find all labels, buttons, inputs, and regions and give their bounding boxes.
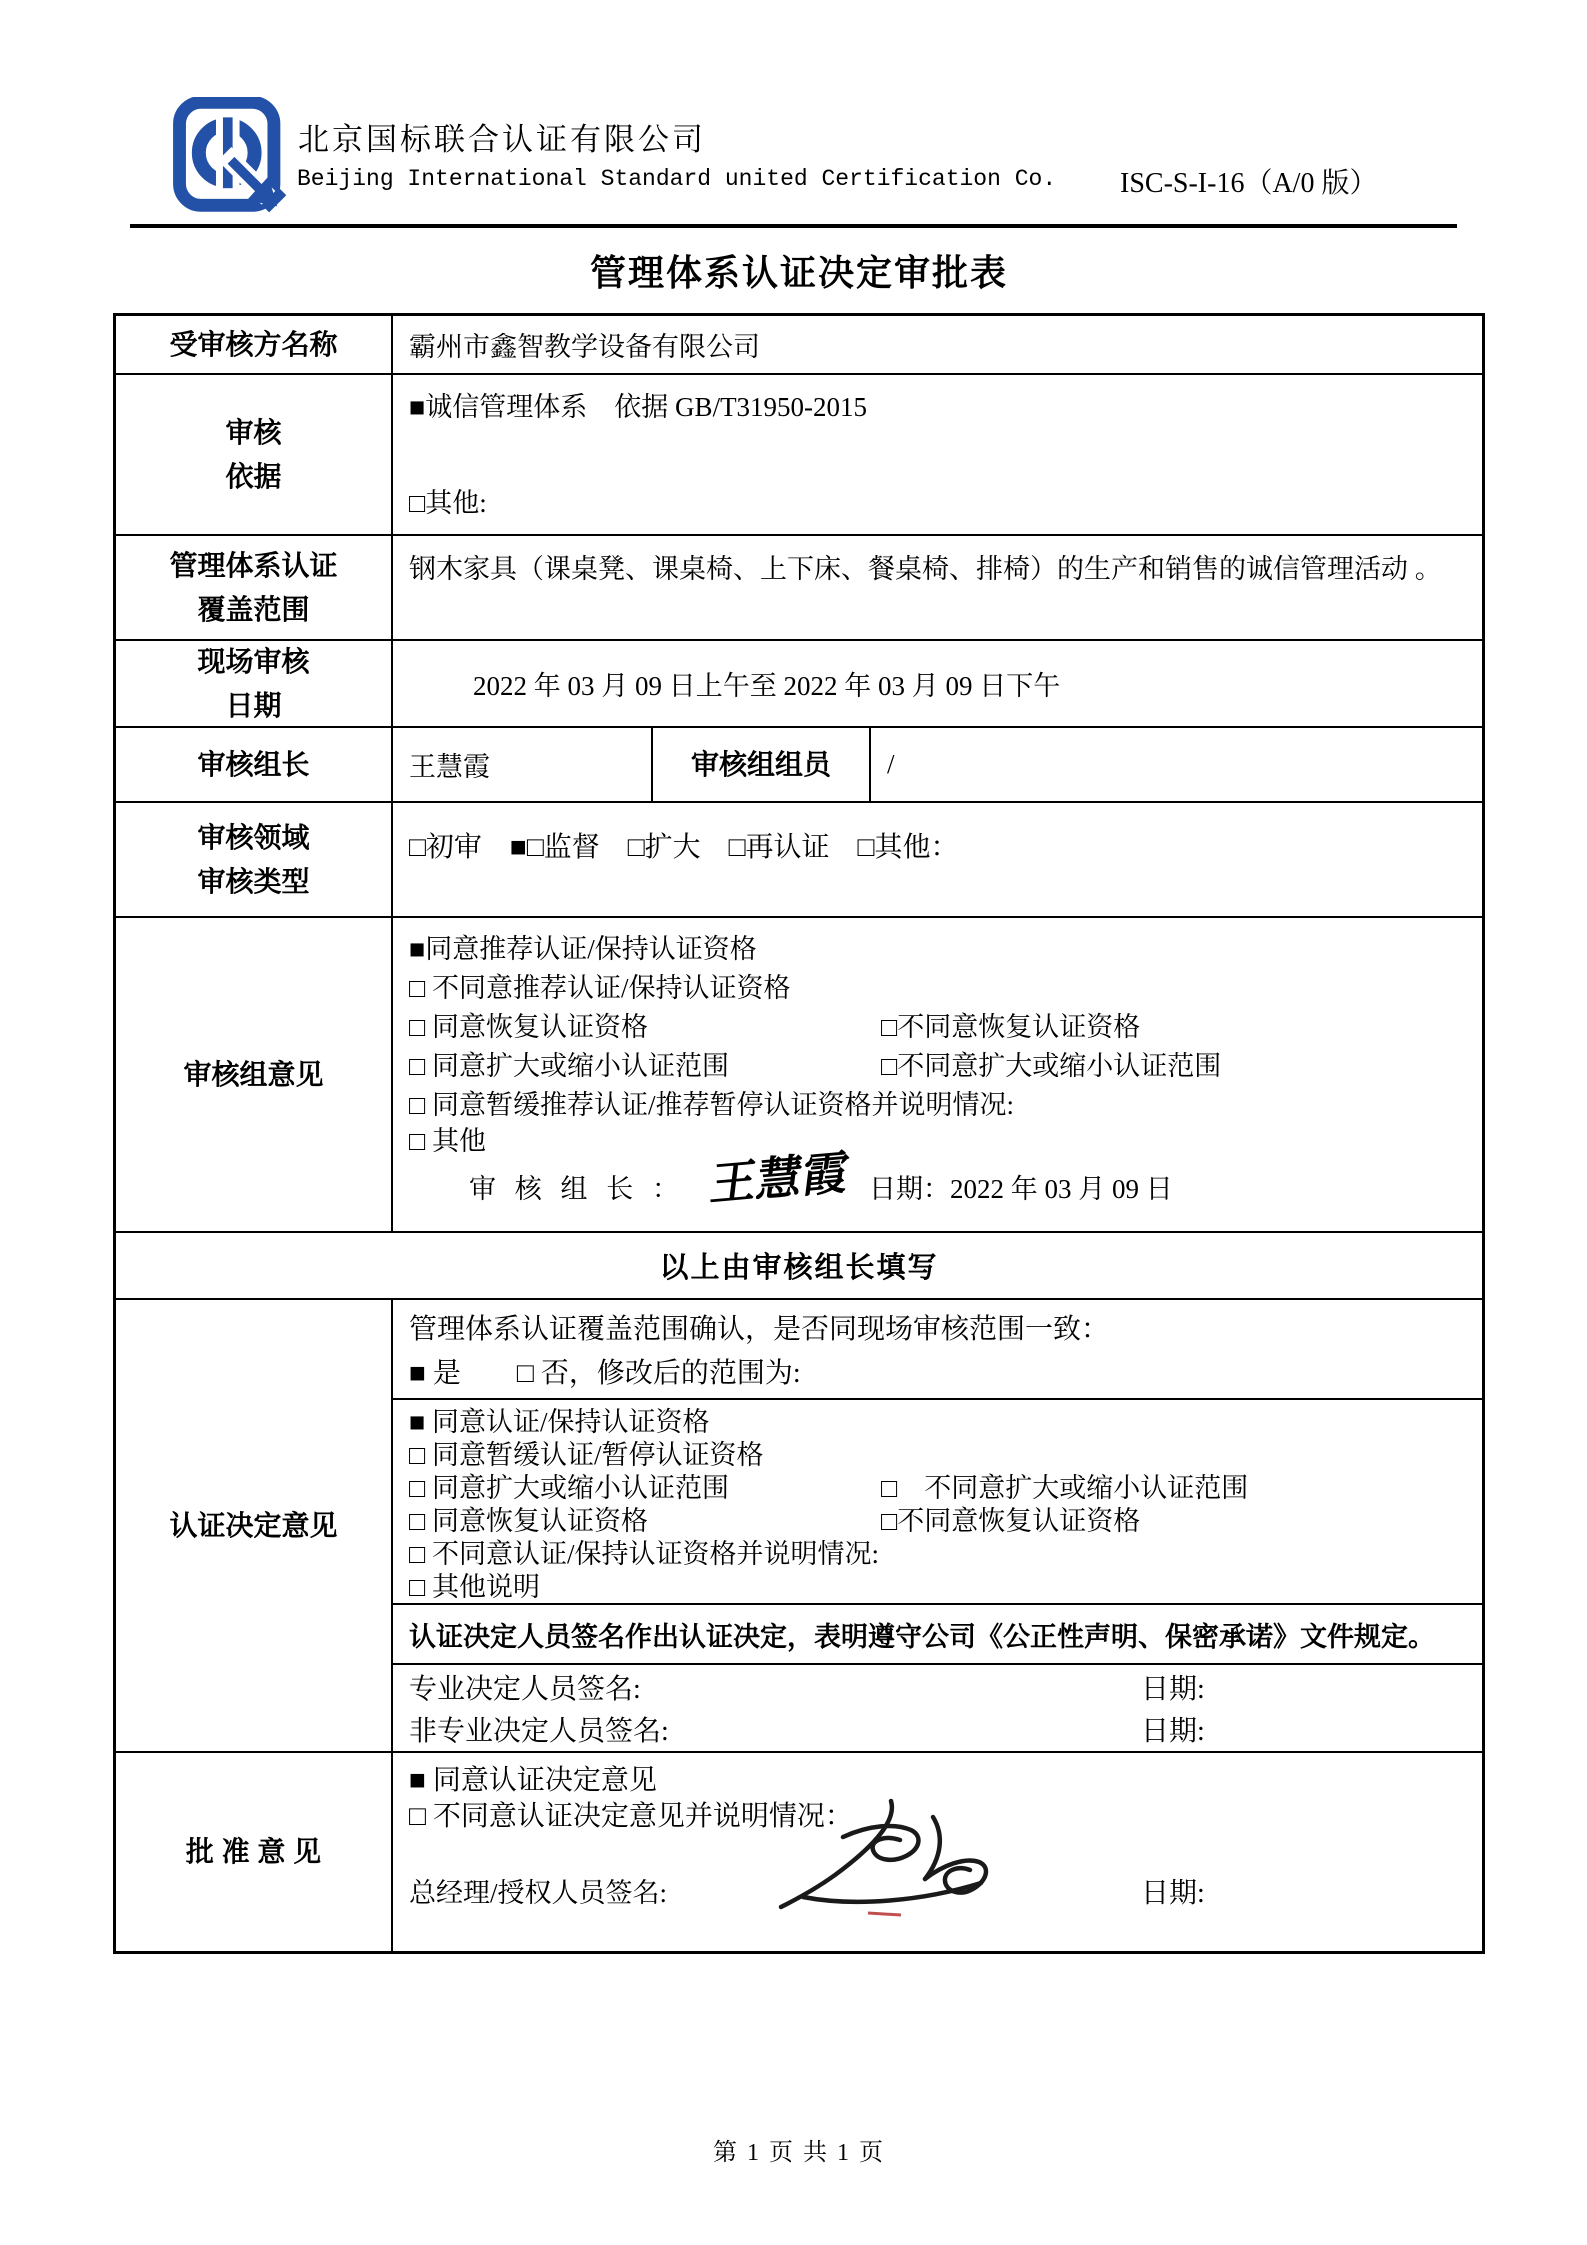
general-manager-sign-label: 总经理/授权人员签名:	[409, 1871, 667, 1910]
scope-confirm-block: 管理体系认证覆盖范围确认，是否同现场审核范围一致： ■ 是 □ 否，修改后的范围…	[393, 1300, 1482, 1398]
option-row: □ 同意暂缓认证/暂停认证资格	[409, 1439, 1482, 1472]
scope-confirm-question: 管理体系认证覆盖范围确认，是否同现场审核范围一致：	[409, 1308, 1482, 1352]
page-number: 第 1 页 共 1 页	[113, 2132, 1485, 2167]
option-row: □ 不同意推荐认证/保持认证资格	[409, 969, 1482, 1008]
option-row: □ 同意恢复认证资格□不同意恢复认证资格	[409, 1008, 1482, 1047]
decision-options-block: ■ 同意认证/保持认证资格 □ 同意暂缓认证/暂停认证资格 □ 同意扩大或缩小认…	[393, 1398, 1482, 1603]
checkbox-option: ■ 同意认证/保持认证资格	[409, 1406, 881, 1439]
option-row: □ 其他说明	[409, 1571, 1482, 1604]
approval-date-label: 日期:	[1141, 1871, 1205, 1911]
checkbox-option: □ 同意扩大或缩小认证范围	[409, 1472, 881, 1505]
row-approval-opinion: 批 准 意 见 ■ 同意认证决定意见 □ 不同意认证决定意见并说明情况： 总经理…	[116, 1751, 1482, 1951]
team-leader-label: 审核组长	[116, 728, 393, 801]
audit-date-label: 现场审核 日期	[116, 641, 393, 726]
certification-scope-label: 管理体系认证 覆盖范围	[116, 536, 393, 639]
company-name-en: Beijing International Standard united Ce…	[297, 166, 1056, 192]
row-certification-scope: 管理体系认证 覆盖范围 钢木家具（课桌凳、课桌椅、上下床、餐桌椅、排椅）的生产和…	[116, 534, 1482, 639]
professional-sign-label: 专业决定人员签名:	[409, 1674, 641, 1705]
sign-date: 日期：2022 年 03 月 09 日	[869, 1174, 1173, 1204]
audit-basis-content: ■诚信管理体系 依据 GB/T31950-2015 □其他:	[393, 375, 1482, 534]
row-auditee: 受审核方名称 霸州市鑫智教学设备有限公司	[116, 316, 1482, 373]
checkbox-option: □ 不同意推荐认证/保持认证资格	[409, 969, 881, 1008]
option-row: □ 不同意认证/保持认证资格并说明情况:	[409, 1538, 1482, 1571]
option-row: □ 同意暂缓推荐认证/推荐暂停认证资格并说明情况:	[409, 1086, 1482, 1125]
checkbox-option: □ 同意恢复认证资格	[409, 1008, 881, 1047]
approval-opinion-label: 批 准 意 见	[116, 1753, 393, 1951]
option-row: □ 同意恢复认证资格□不同意恢复认证资格	[409, 1505, 1482, 1538]
team-leader-handwritten-signature: 王慧霞	[707, 1136, 853, 1215]
certification-scope-value: 钢木家具（课桌凳、课桌椅、上下床、餐桌椅、排椅）的生产和销售的诚信管理活动 。	[393, 536, 1482, 639]
team-leader-sign-line: 审 核 组 长 ：王慧霞日期：2022 年 03 月 09 日	[393, 1146, 1482, 1212]
audit-basis-label: 审核 依据	[116, 375, 393, 534]
auditee-label: 受审核方名称	[116, 316, 393, 373]
document-code: ISC-S-I-16（A/0 版）	[1120, 161, 1377, 201]
professional-sign-row: 专业决定人员签名: 日期:	[393, 1669, 1482, 1711]
approval-table: 受审核方名称 霸州市鑫智教学设备有限公司 审核 依据 ■诚信管理体系 依据 GB…	[113, 313, 1485, 1954]
checkbox-option: □ 同意暂缓认证/暂停认证资格	[409, 1439, 881, 1472]
audit-type-options: □初审 ■□监督 □扩大 □再认证 □其他：	[393, 803, 1482, 916]
basis-option-other: □其他:	[409, 481, 1466, 520]
row-team-opinion: 审核组意见 ■同意推荐认证/保持认证资格 □ 不同意推荐认证/保持认证资格 □ …	[116, 916, 1482, 1231]
checkbox-option: □不同意扩大或缩小认证范围	[881, 1051, 1221, 1081]
decision-options: ■ 同意认证/保持认证资格 □ 同意暂缓认证/暂停认证资格 □ 同意扩大或缩小认…	[393, 1400, 1482, 1604]
sign-label: 审 核 组 长 ：	[469, 1174, 685, 1204]
checkbox-option: □ 不同意认证/保持认证资格并说明情况:	[409, 1538, 881, 1571]
row-divider: 以上由审核组长填写	[116, 1231, 1482, 1298]
checkbox-option: □ 同意恢复认证资格	[409, 1505, 881, 1538]
auditee-value: 霸州市鑫智教学设备有限公司	[393, 316, 1482, 373]
decision-opinion-label: 认证决定意见	[116, 1300, 393, 1751]
row-audit-type: 审核领域 审核类型 □初审 ■□监督 □扩大 □再认证 □其他：	[116, 801, 1482, 916]
checkbox-option: □不同意恢复认证资格	[881, 1012, 1140, 1042]
checkbox-option: ■同意推荐认证/保持认证资格	[409, 930, 881, 969]
decision-sign-block: 专业决定人员签名: 日期: 非专业决定人员签名: 日期:	[393, 1663, 1482, 1751]
decision-opinion-content: 管理体系认证覆盖范围确认，是否同现场审核范围一致： ■ 是 □ 否，修改后的范围…	[393, 1300, 1482, 1751]
team-opinion-options: ■同意推荐认证/保持认证资格 □ 不同意推荐认证/保持认证资格 □ 同意恢复认证…	[393, 918, 1482, 1157]
decision-statement: 认证决定人员签名作出认证决定，表明遵守公司《公正性声明、保密承诺》文件规定。	[393, 1603, 1482, 1663]
team-opinion-content: ■同意推荐认证/保持认证资格 □ 不同意推荐认证/保持认证资格 □ 同意恢复认证…	[393, 918, 1482, 1231]
row-audit-team: 审核组长 王慧霞 审核组组员 /	[116, 726, 1482, 801]
approval-agree-option: ■ 同意认证决定意见	[393, 1753, 1482, 1799]
team-member-value: /	[871, 728, 1482, 801]
option-row: ■ 同意认证/保持认证资格	[409, 1406, 1482, 1439]
audit-type-label: 审核领域 审核类型	[116, 803, 393, 916]
option-row: □ 同意扩大或缩小认证范围□不同意扩大或缩小认证范围	[409, 1047, 1482, 1086]
certification-decision-approval-form: 北京国标联合认证有限公司 Beijing International Stand…	[0, 0, 1587, 2245]
row-audit-basis: 审核 依据 ■诚信管理体系 依据 GB/T31950-2015 □其他:	[116, 373, 1482, 534]
team-leader-name: 王慧霞	[393, 728, 653, 801]
company-name-cn: 北京国标联合认证有限公司	[298, 114, 706, 159]
checkbox-option: □ 同意暂缓推荐认证/推荐暂停认证资格并说明情况:	[409, 1086, 1014, 1125]
company-logo-icon	[170, 97, 292, 215]
row-audit-date: 现场审核 日期 2022 年 03 月 09 日上午至 2022 年 03 月 …	[116, 639, 1482, 726]
checkbox-option: □ 其他说明	[409, 1571, 881, 1604]
nonprofessional-sign-row: 非专业决定人员签名: 日期:	[393, 1711, 1482, 1753]
option-row: ■同意推荐认证/保持认证资格	[409, 930, 1482, 969]
divider-text: 以上由审核组长填写	[659, 1245, 938, 1286]
checkbox-option: □不同意恢复认证资格	[881, 1506, 1140, 1536]
nonprofessional-sign-label: 非专业决定人员签名:	[409, 1716, 669, 1747]
row-decision-opinion: 认证决定意见 管理体系认证覆盖范围确认，是否同现场审核范围一致： ■ 是 □ 否…	[116, 1298, 1482, 1751]
team-member-label: 审核组组员	[653, 728, 871, 801]
option-row: □ 同意扩大或缩小认证范围□ 不同意扩大或缩小认证范围	[409, 1472, 1482, 1505]
approval-opinion-content: ■ 同意认证决定意见 □ 不同意认证决定意见并说明情况： 总经理/授权人员签名:	[393, 1753, 1482, 1951]
checkbox-option: □ 同意扩大或缩小认证范围	[409, 1047, 881, 1086]
header-rule	[130, 224, 1457, 228]
nonprofessional-date-label: 日期:	[1141, 1711, 1205, 1753]
form-title: 管理体系认证决定审批表	[113, 245, 1485, 296]
professional-date-label: 日期:	[1141, 1669, 1205, 1711]
basis-option-main: ■诚信管理体系 依据 GB/T31950-2015	[409, 385, 1466, 424]
checkbox-option: □ 不同意扩大或缩小认证范围	[881, 1473, 1248, 1503]
general-manager-handwritten-signature	[773, 1795, 1023, 1933]
audit-date-value: 2022 年 03 月 09 日上午至 2022 年 03 月 09 日下午	[393, 641, 1482, 726]
team-opinion-label: 审核组意见	[116, 918, 393, 1231]
scope-confirm-answer: ■ 是 □ 否，修改后的范围为:	[409, 1352, 1482, 1396]
